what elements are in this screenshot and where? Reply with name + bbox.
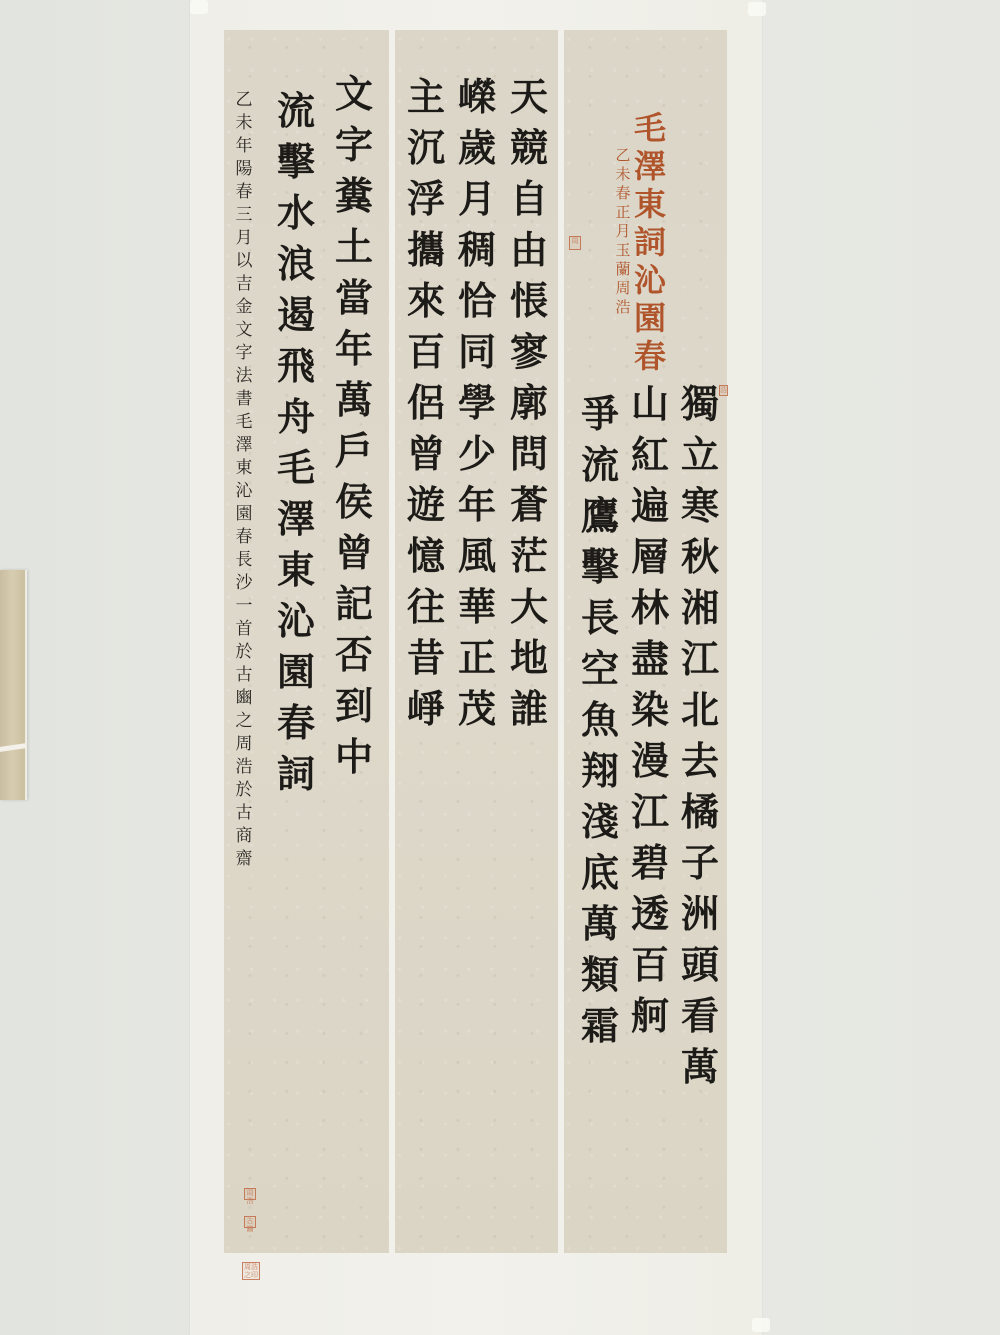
glyph: 盡	[631, 640, 669, 678]
glyph: 流	[581, 446, 619, 484]
glyph: 春	[615, 186, 630, 201]
glyph: 侶	[407, 384, 445, 422]
glyph: 浪	[277, 245, 315, 283]
glyph: 大	[510, 588, 548, 626]
glyph: 古	[236, 667, 253, 684]
glyph: 橘	[681, 793, 719, 831]
glyph: 寒	[681, 487, 719, 525]
glyph: 江	[631, 793, 669, 831]
glyph: 紅	[631, 436, 669, 474]
glyph: 毛	[236, 414, 253, 431]
glyph: 蘭	[615, 262, 630, 277]
glyph: 洲	[681, 895, 719, 933]
glyph: 年	[458, 486, 496, 524]
glyph: 到	[335, 687, 373, 725]
glyph: 廓	[510, 384, 548, 422]
glyph: 天	[510, 78, 548, 116]
glyph: 月	[236, 230, 253, 247]
glyph: 沉	[407, 129, 445, 167]
glyph: 毛	[277, 449, 315, 487]
glyph: 空	[581, 650, 619, 688]
glyph: 山	[631, 385, 669, 423]
glyph: 侯	[335, 483, 373, 521]
seal-left-2: 古豳	[244, 1216, 256, 1228]
text-column-left-3: 流擊水浪遏飛舟毛澤東沁園春詞	[272, 92, 320, 793]
glyph: 主	[407, 78, 445, 116]
glyph: 恰	[458, 282, 496, 320]
glyph: 澤	[236, 437, 253, 454]
glyph: 遊	[407, 486, 445, 524]
text-column-middle-1: 天競自由悵寥廓問蒼茫大地誰	[505, 78, 553, 728]
glyph: 法	[236, 368, 253, 385]
glyph: 往	[407, 588, 445, 626]
glyph: 華	[458, 588, 496, 626]
text-column-middle-2: 嶸歲月稠恰同學少年風華正茂	[453, 78, 501, 728]
glyph: 淺	[581, 803, 619, 841]
glyph: 魚	[581, 701, 619, 739]
glyph: 茂	[458, 690, 496, 728]
glyph: 於	[236, 644, 253, 661]
glyph: 首	[236, 621, 253, 638]
glyph: 流	[277, 92, 315, 130]
glyph: 當	[335, 279, 373, 317]
glyph: 類	[581, 956, 619, 994]
glyph: 玉	[615, 243, 630, 258]
glyph: 浩	[615, 300, 630, 315]
glyph: 年	[335, 330, 373, 368]
glyph: 稠	[458, 231, 496, 269]
glyph: 霜	[581, 1007, 619, 1045]
glyph: 學	[458, 384, 496, 422]
tape-top-right	[748, 2, 766, 16]
glyph: 漫	[631, 742, 669, 780]
glyph: 憶	[407, 537, 445, 575]
glyph: 看	[681, 997, 719, 1035]
glyph: 一	[236, 598, 253, 615]
glyph: 商	[236, 828, 253, 845]
glyph: 沁	[277, 602, 315, 640]
text-column-right-2: 山紅遍層林盡染漫江碧透百舸	[626, 385, 674, 1035]
glyph: 文	[335, 75, 373, 113]
glyph: 浮	[407, 180, 445, 218]
glyph: 萬	[581, 905, 619, 943]
glyph: 悵	[510, 282, 548, 320]
glyph: 浩	[236, 759, 253, 776]
glyph: 秋	[681, 538, 719, 576]
seal-left-3: 周浩之印	[242, 1262, 260, 1280]
glyph: 北	[681, 691, 719, 729]
glyph: 水	[277, 194, 315, 232]
glyph: 茫	[510, 537, 548, 575]
glyph: 嶸	[458, 78, 496, 116]
glyph: 陽	[236, 161, 253, 178]
glyph: 古	[236, 805, 253, 822]
glyph: 擊	[581, 548, 619, 586]
glyph: 飛	[277, 347, 315, 385]
glyph: 遏	[277, 296, 315, 334]
glyph: 乙	[236, 92, 253, 109]
paper-bundle	[0, 570, 27, 800]
glyph: 長	[236, 552, 253, 569]
glyph: 同	[458, 333, 496, 371]
text-column-right-3: 爭流鷹擊長空魚翔淺底萬類霜	[576, 395, 624, 1045]
glyph: 崢	[407, 690, 445, 728]
tape-top-left	[190, 0, 208, 14]
glyph: 去	[681, 742, 719, 780]
subtitle-column: 乙未春正月玉蘭周浩	[614, 148, 632, 315]
glyph: 正	[458, 639, 496, 677]
glyph: 歲	[458, 129, 496, 167]
glyph: 毛	[634, 112, 666, 144]
glyph: 立	[681, 436, 719, 474]
glyph: 江	[681, 640, 719, 678]
glyph: 詞	[634, 226, 666, 258]
glyph: 周	[615, 281, 630, 296]
glyph: 少	[458, 435, 496, 473]
glyph: 曾	[335, 534, 373, 572]
glyph: 年	[236, 138, 253, 155]
glyph: 染	[631, 691, 669, 729]
glyph: 正	[615, 205, 630, 220]
glyph: 林	[631, 589, 669, 627]
glyph: 風	[458, 537, 496, 575]
glyph: 戶	[335, 432, 373, 470]
glyph: 月	[615, 224, 630, 239]
glyph: 詞	[277, 755, 315, 793]
glyph: 攜	[407, 231, 445, 269]
glyph: 子	[681, 844, 719, 882]
glyph: 書	[236, 391, 253, 408]
glyph: 長	[581, 599, 619, 637]
glyph: 來	[407, 282, 445, 320]
glyph: 鷹	[581, 497, 619, 535]
glyph: 記	[335, 585, 373, 623]
glyph: 曾	[407, 435, 445, 473]
glyph: 昔	[407, 639, 445, 677]
glyph: 金	[236, 299, 253, 316]
glyph: 透	[631, 895, 669, 933]
glyph: 吉	[236, 276, 253, 293]
glyph: 誰	[510, 690, 548, 728]
glyph: 自	[510, 180, 548, 218]
glyph: 園	[277, 653, 315, 691]
glyph: 春	[236, 184, 253, 201]
glyph: 字	[236, 345, 253, 362]
glyph: 文	[236, 322, 253, 339]
glyph: 碧	[631, 844, 669, 882]
seal-left-1: 周浩	[244, 1188, 256, 1200]
glyph: 獨	[681, 385, 719, 423]
glyph: 澤	[634, 150, 666, 182]
glyph: 底	[581, 854, 619, 892]
text-column-left-2: 文字糞土當年萬戶侯曾記否到中	[330, 75, 378, 776]
glyph: 寥	[510, 333, 548, 371]
glyph: 萬	[681, 1048, 719, 1086]
glyph: 競	[510, 129, 548, 167]
glyph: 萬	[335, 381, 373, 419]
glyph: 三	[236, 207, 253, 224]
glyph: 問	[510, 435, 548, 473]
glyph: 澤	[277, 500, 315, 538]
glyph: 百	[407, 333, 445, 371]
glyph: 由	[510, 231, 548, 269]
glyph: 東	[277, 551, 315, 589]
glyph: 沁	[634, 264, 666, 296]
glyph: 糞	[335, 177, 373, 215]
glyph: 翔	[581, 752, 619, 790]
glyph: 沙	[236, 575, 253, 592]
text-column-middle-3: 主沉浮攜來百侶曾遊憶往昔崢	[402, 78, 450, 728]
glyph: 遍	[631, 487, 669, 525]
glyph: 春	[634, 340, 666, 372]
glyph: 之	[236, 713, 253, 730]
glyph: 以	[236, 253, 253, 270]
glyph: 園	[236, 506, 253, 523]
glyph: 東	[634, 188, 666, 220]
glyph: 地	[510, 639, 548, 677]
glyph: 土	[335, 228, 373, 266]
glyph: 周	[236, 736, 253, 753]
glyph: 頭	[681, 946, 719, 984]
glyph: 未	[615, 167, 630, 182]
glyph: 舟	[277, 398, 315, 436]
glyph: 春	[236, 529, 253, 546]
glyph: 未	[236, 115, 253, 132]
title-column: 毛澤東詞沁園春	[630, 112, 670, 372]
seal-right-1: 周	[569, 236, 581, 250]
glyph: 中	[335, 738, 373, 776]
glyph: 層	[631, 538, 669, 576]
glyph: 豳	[236, 690, 253, 707]
glyph: 舸	[631, 997, 669, 1035]
glyph: 沁	[236, 483, 253, 500]
glyph: 爭	[581, 395, 619, 433]
glyph: 月	[458, 180, 496, 218]
glyph: 春	[277, 704, 315, 742]
glyph: 否	[335, 636, 373, 674]
glyph: 乙	[615, 148, 630, 163]
glyph: 於	[236, 782, 253, 799]
glyph: 湘	[681, 589, 719, 627]
inscription-column: 乙未年陽春三月以吉金文字法書毛澤東沁園春長沙一首於古豳之周浩於古商齋	[233, 92, 255, 868]
tape-bottom-right	[752, 1318, 770, 1332]
glyph: 蒼	[510, 486, 548, 524]
text-column-right-1: 獨立寒秋湘江北去橘子洲頭看萬	[676, 385, 724, 1086]
glyph: 擊	[277, 143, 315, 181]
glyph: 齋	[236, 851, 253, 868]
glyph: 百	[631, 946, 669, 984]
glyph: 園	[634, 302, 666, 334]
glyph: 東	[236, 460, 253, 477]
glyph: 字	[335, 126, 373, 164]
